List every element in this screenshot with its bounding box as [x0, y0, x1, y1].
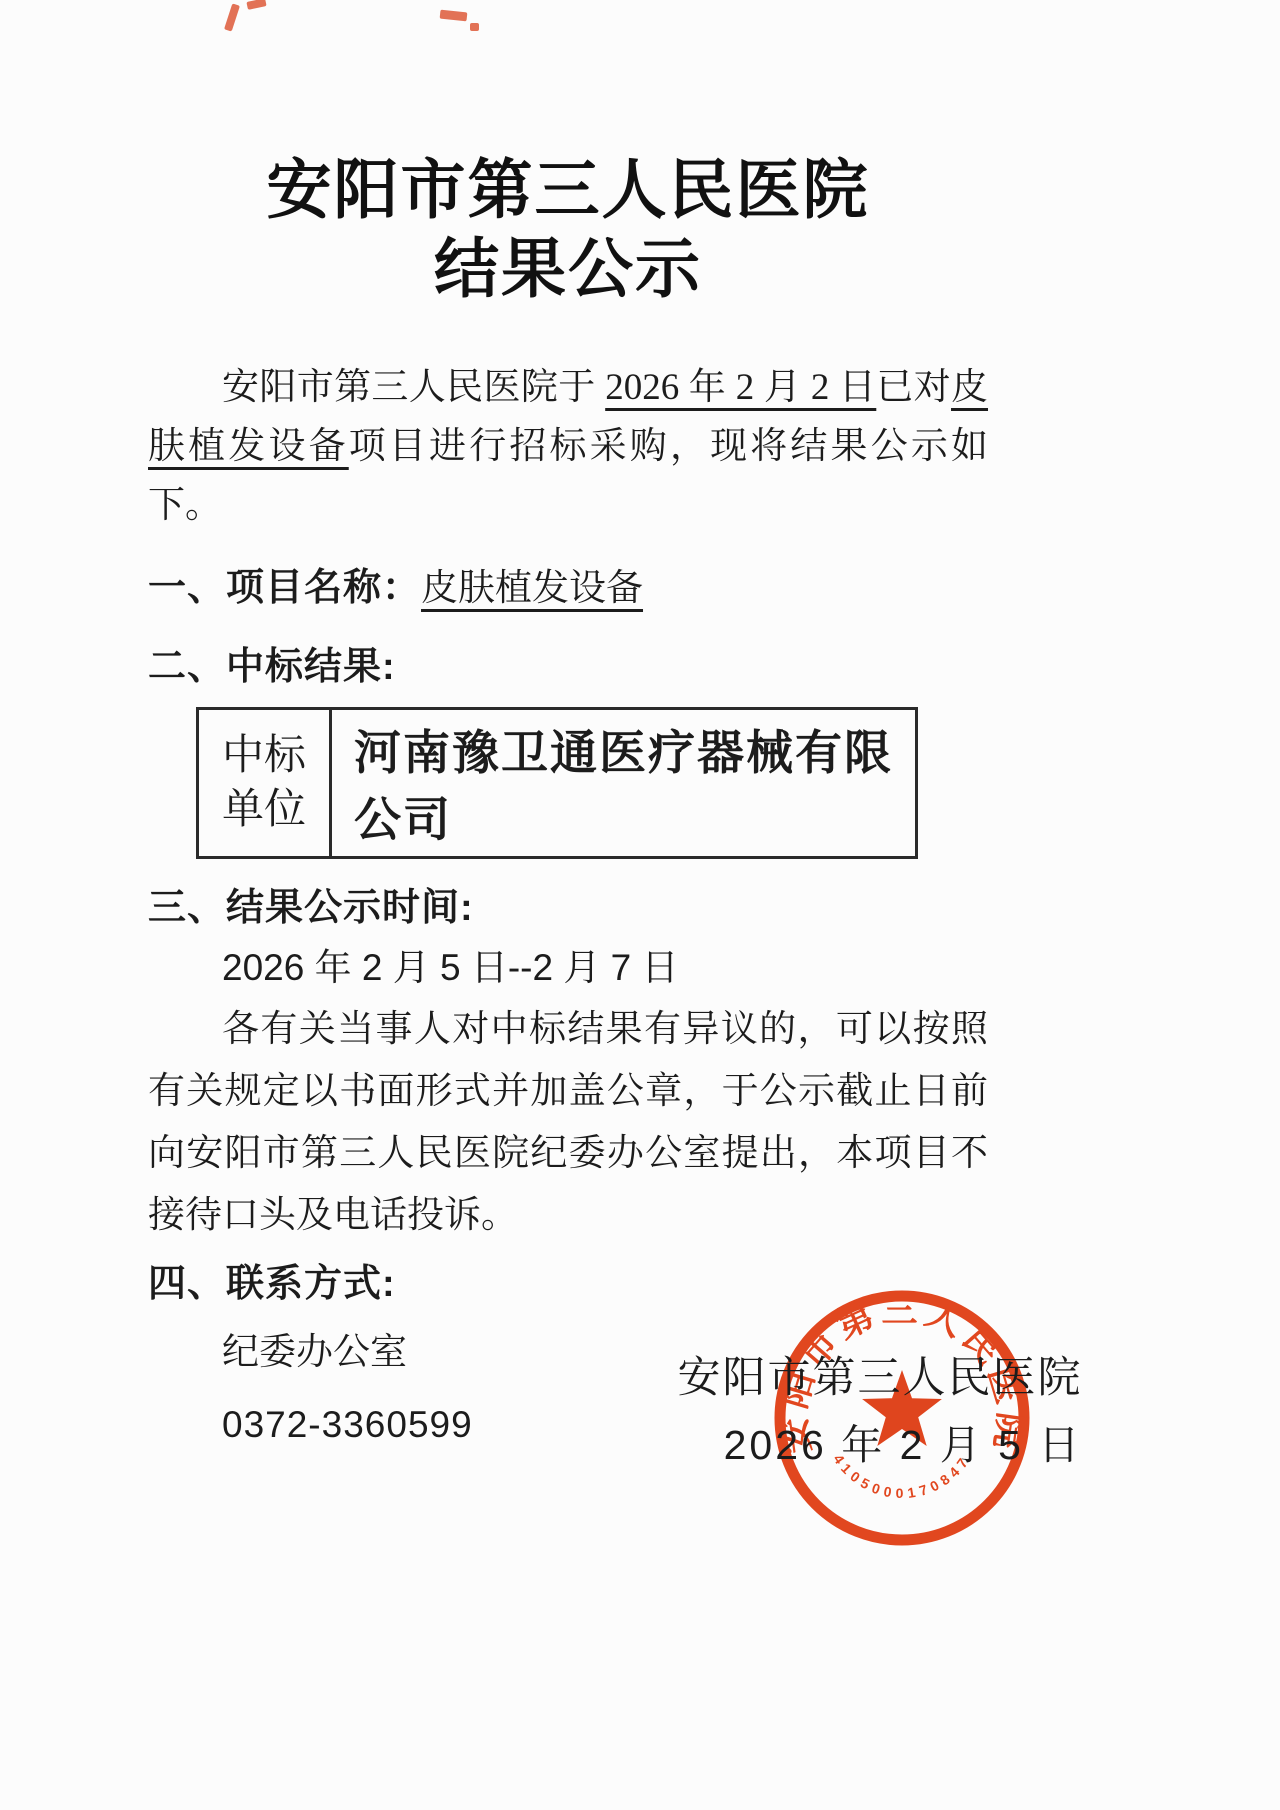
item3-heading: 三、结果公示时间: — [148, 887, 474, 929]
scan-artifact — [246, 0, 266, 10]
signature-date: 2026 年 2 月 5 日 — [676, 1414, 1130, 1476]
scan-artifact — [224, 3, 240, 31]
item1-line: 一、项目名称：皮肤植发设备 — [148, 559, 988, 618]
signature-org: 安阳市第三人民医院 — [630, 1348, 1130, 1410]
winner-name-cell: 河南豫卫通医疗器械有限公司 — [331, 709, 917, 858]
document-title: 安阳市第三人民医院 结果公示 — [148, 152, 988, 310]
signature-block: 安阳市第三人民医院 2026 年 2 月 5 日 — [630, 1348, 1130, 1476]
table-row: 中标单位 河南豫卫通医疗器械有限公司 — [198, 709, 917, 858]
title-line-1: 安阳市第三人民医院 — [148, 152, 988, 231]
item1-heading: 一、项目名称： — [148, 567, 421, 609]
document-page: 安阳市第三人民医院 结果公示 安阳市第三人民医院于 2026 年 2 月 2 日… — [0, 0, 1280, 1810]
scan-artifact — [440, 10, 468, 22]
item1-value-underlined: 皮肤植发设备 — [421, 568, 643, 609]
title-line-2: 结果公示 — [148, 231, 988, 310]
item2-heading: 二、中标结果: — [148, 646, 396, 688]
intro-text-1: 安阳市第三人民医院于 — [222, 367, 605, 408]
bid-result-table: 中标单位 河南豫卫通医疗器械有限公司 — [196, 707, 918, 859]
scan-artifact — [470, 23, 479, 31]
document-content: 安阳市第三人民医院 结果公示 安阳市第三人民医院于 2026 年 2 月 2 日… — [148, 152, 988, 1456]
publicity-period: 2026 年 2 月 5 日--2 月 7 日 — [148, 938, 988, 997]
item4-heading: 四、联系方式: — [148, 1263, 396, 1305]
intro-paragraph: 安阳市第三人民医院于 2026 年 2 月 2 日已对皮肤植发设备项目进行招标采… — [148, 358, 988, 535]
item3-line: 三、结果公示时间: — [148, 879, 988, 938]
objection-paragraph: 各有关当事人对中标结果有异议的，可以按照有关规定以书面形式并加盖公章，于公示截止… — [148, 999, 988, 1247]
item2-line: 二、中标结果: — [148, 638, 988, 697]
winner-header-cell: 中标单位 — [198, 709, 331, 858]
bid-date-underlined: 2026 年 2 月 2 日 — [605, 367, 876, 408]
intro-text-2: 已对 — [876, 367, 951, 408]
